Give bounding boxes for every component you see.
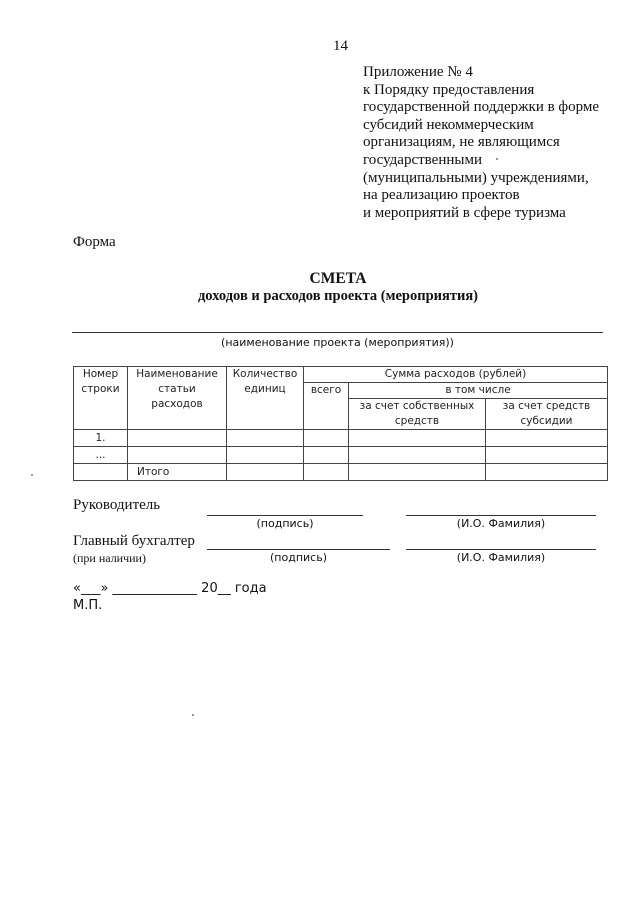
cell-own[interactable] [349, 430, 486, 447]
cell-total[interactable] [304, 430, 349, 447]
table-row: ... [74, 447, 608, 464]
appendix-line: Приложение № 4 [363, 64, 599, 82]
cell-quantity[interactable] [227, 430, 304, 447]
header-expense-item: Наименование статьи расходов [128, 367, 227, 430]
header-own-funds: за счет собственных средств [349, 399, 486, 430]
form-label: Форма [73, 234, 116, 251]
head-signature-field[interactable] [207, 515, 363, 516]
accountant-signature-caption: (подпись) [207, 551, 390, 564]
cell-subsidy[interactable] [486, 430, 608, 447]
appendix-line: к Порядку предоставления [363, 82, 599, 100]
cell-quantity[interactable] [227, 464, 304, 481]
stamp-label: М.П. [73, 598, 102, 613]
appendix-line: субсидий некоммерческим [363, 117, 599, 135]
cell-subsidy[interactable] [486, 447, 608, 464]
head-name-field[interactable] [406, 515, 596, 516]
appendix-line: организациям, не являющимся [363, 134, 599, 152]
cell-item[interactable] [128, 447, 227, 464]
cell-total[interactable] [304, 447, 349, 464]
header-subsidy-funds: за счет средств субсидии [486, 399, 608, 430]
page-number: 14 [333, 38, 348, 55]
header-quantity: Количество единиц [227, 367, 304, 430]
cell-own[interactable] [349, 464, 486, 481]
appendix-header: Приложение № 4 к Порядку предоставления … [363, 64, 599, 222]
appendix-line: государственными [363, 152, 599, 170]
appendix-line: государственной поддержки в форме [363, 99, 599, 117]
document-subtitle: доходов и расходов проекта (мероприятия) [0, 288, 640, 305]
head-signature-caption: (подпись) [207, 517, 363, 530]
accountant-name-caption: (И.О. Фамилия) [406, 551, 596, 564]
appendix-line: (муниципальными) учреждениями, [363, 170, 599, 188]
header-total: всего [304, 383, 349, 430]
date-line[interactable]: «___» _____________ 20__ года [73, 581, 267, 596]
document-title: СМЕТА [0, 270, 640, 288]
cell-quantity[interactable] [227, 447, 304, 464]
accountant-label: Главный бухгалтер [73, 533, 195, 550]
accountant-note: (при наличии) [73, 551, 146, 566]
scan-speck [192, 714, 194, 716]
project-name-field[interactable] [72, 332, 603, 333]
cell-number: 1. [74, 430, 128, 447]
header-including: в том числе [349, 383, 608, 399]
cell-number: ... [74, 447, 128, 464]
accountant-signature-field[interactable] [207, 549, 390, 550]
accountant-name-field[interactable] [406, 549, 596, 550]
header-sum-group: Сумма расходов (рублей) [304, 367, 608, 383]
head-name-caption: (И.О. Фамилия) [406, 517, 596, 530]
cell-own[interactable] [349, 447, 486, 464]
estimate-table: Номер строки Наименование статьи расходо… [73, 366, 608, 481]
scan-speck [31, 474, 33, 476]
table-row-total: Итого [74, 464, 608, 481]
cell-subsidy[interactable] [486, 464, 608, 481]
cell-number [74, 464, 128, 481]
scan-speck [496, 158, 498, 160]
cell-total[interactable] [304, 464, 349, 481]
head-label: Руководитель [73, 497, 160, 514]
cell-item[interactable] [128, 430, 227, 447]
table-row: 1. [74, 430, 608, 447]
project-name-caption: (наименование проекта (мероприятия)) [72, 336, 603, 349]
appendix-line: и мероприятий в сфере туризма [363, 205, 599, 223]
cell-item-total-label: Итого [128, 464, 227, 481]
header-row-number: Номер строки [74, 367, 128, 430]
appendix-line: на реализацию проектов [363, 187, 599, 205]
